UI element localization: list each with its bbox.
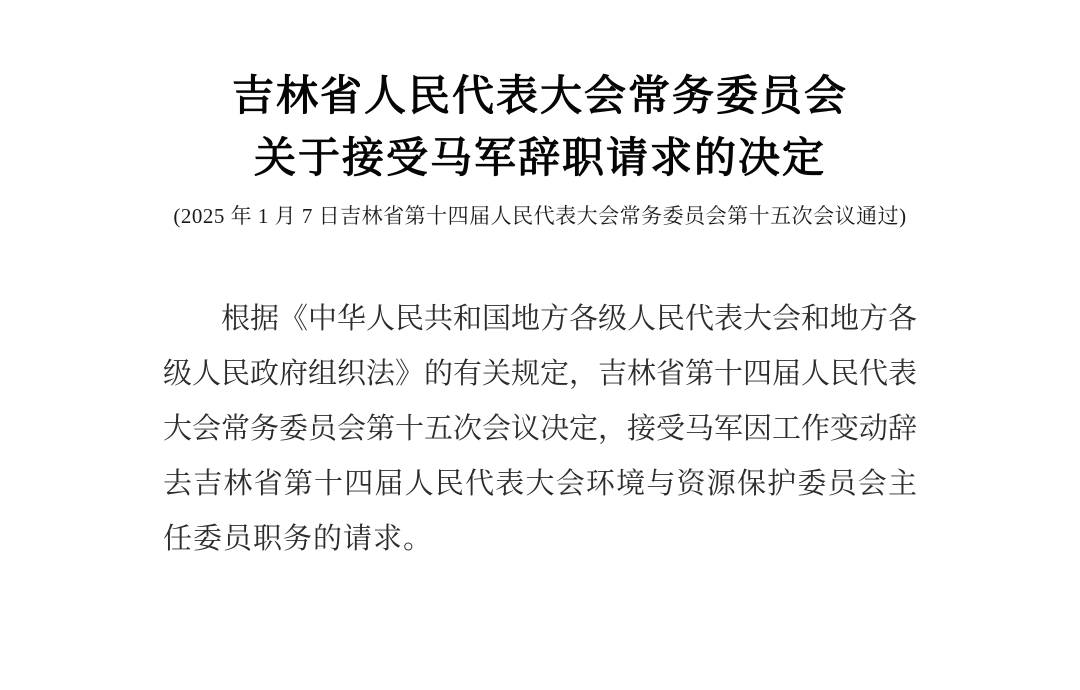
document-body: 根据《中华人民共和国地方各级人民代表大会和地方各 级人民政府组织法》的有关规定，…	[163, 292, 917, 567]
title-line-2: 关于接受马军辞职请求的决定	[0, 128, 1080, 190]
body-line: 级人民政府组织法》的有关规定，吉林省第十四届人民代表	[163, 347, 917, 402]
document-title: 吉林省人民代表大会常务委员会 关于接受马军辞职请求的决定	[0, 0, 1080, 190]
title-line-1: 吉林省人民代表大会常务委员会	[0, 66, 1080, 128]
document-page: 吉林省人民代表大会常务委员会 关于接受马军辞职请求的决定 (2025 年 1 月…	[0, 0, 1080, 690]
body-line: 大会常务委员会第十五次会议决定，接受马军因工作变动辞	[163, 402, 917, 457]
meeting-adoption-note: (2025 年 1 月 7 日吉林省第十四届人民代表大会常务委员会第十五次会议通…	[0, 200, 1080, 232]
body-line: 任委员职务的请求。	[163, 512, 917, 567]
body-line: 去吉林省第十四届人民代表大会环境与资源保护委员会主	[163, 457, 917, 512]
body-line: 根据《中华人民共和国地方各级人民代表大会和地方各	[163, 292, 917, 347]
